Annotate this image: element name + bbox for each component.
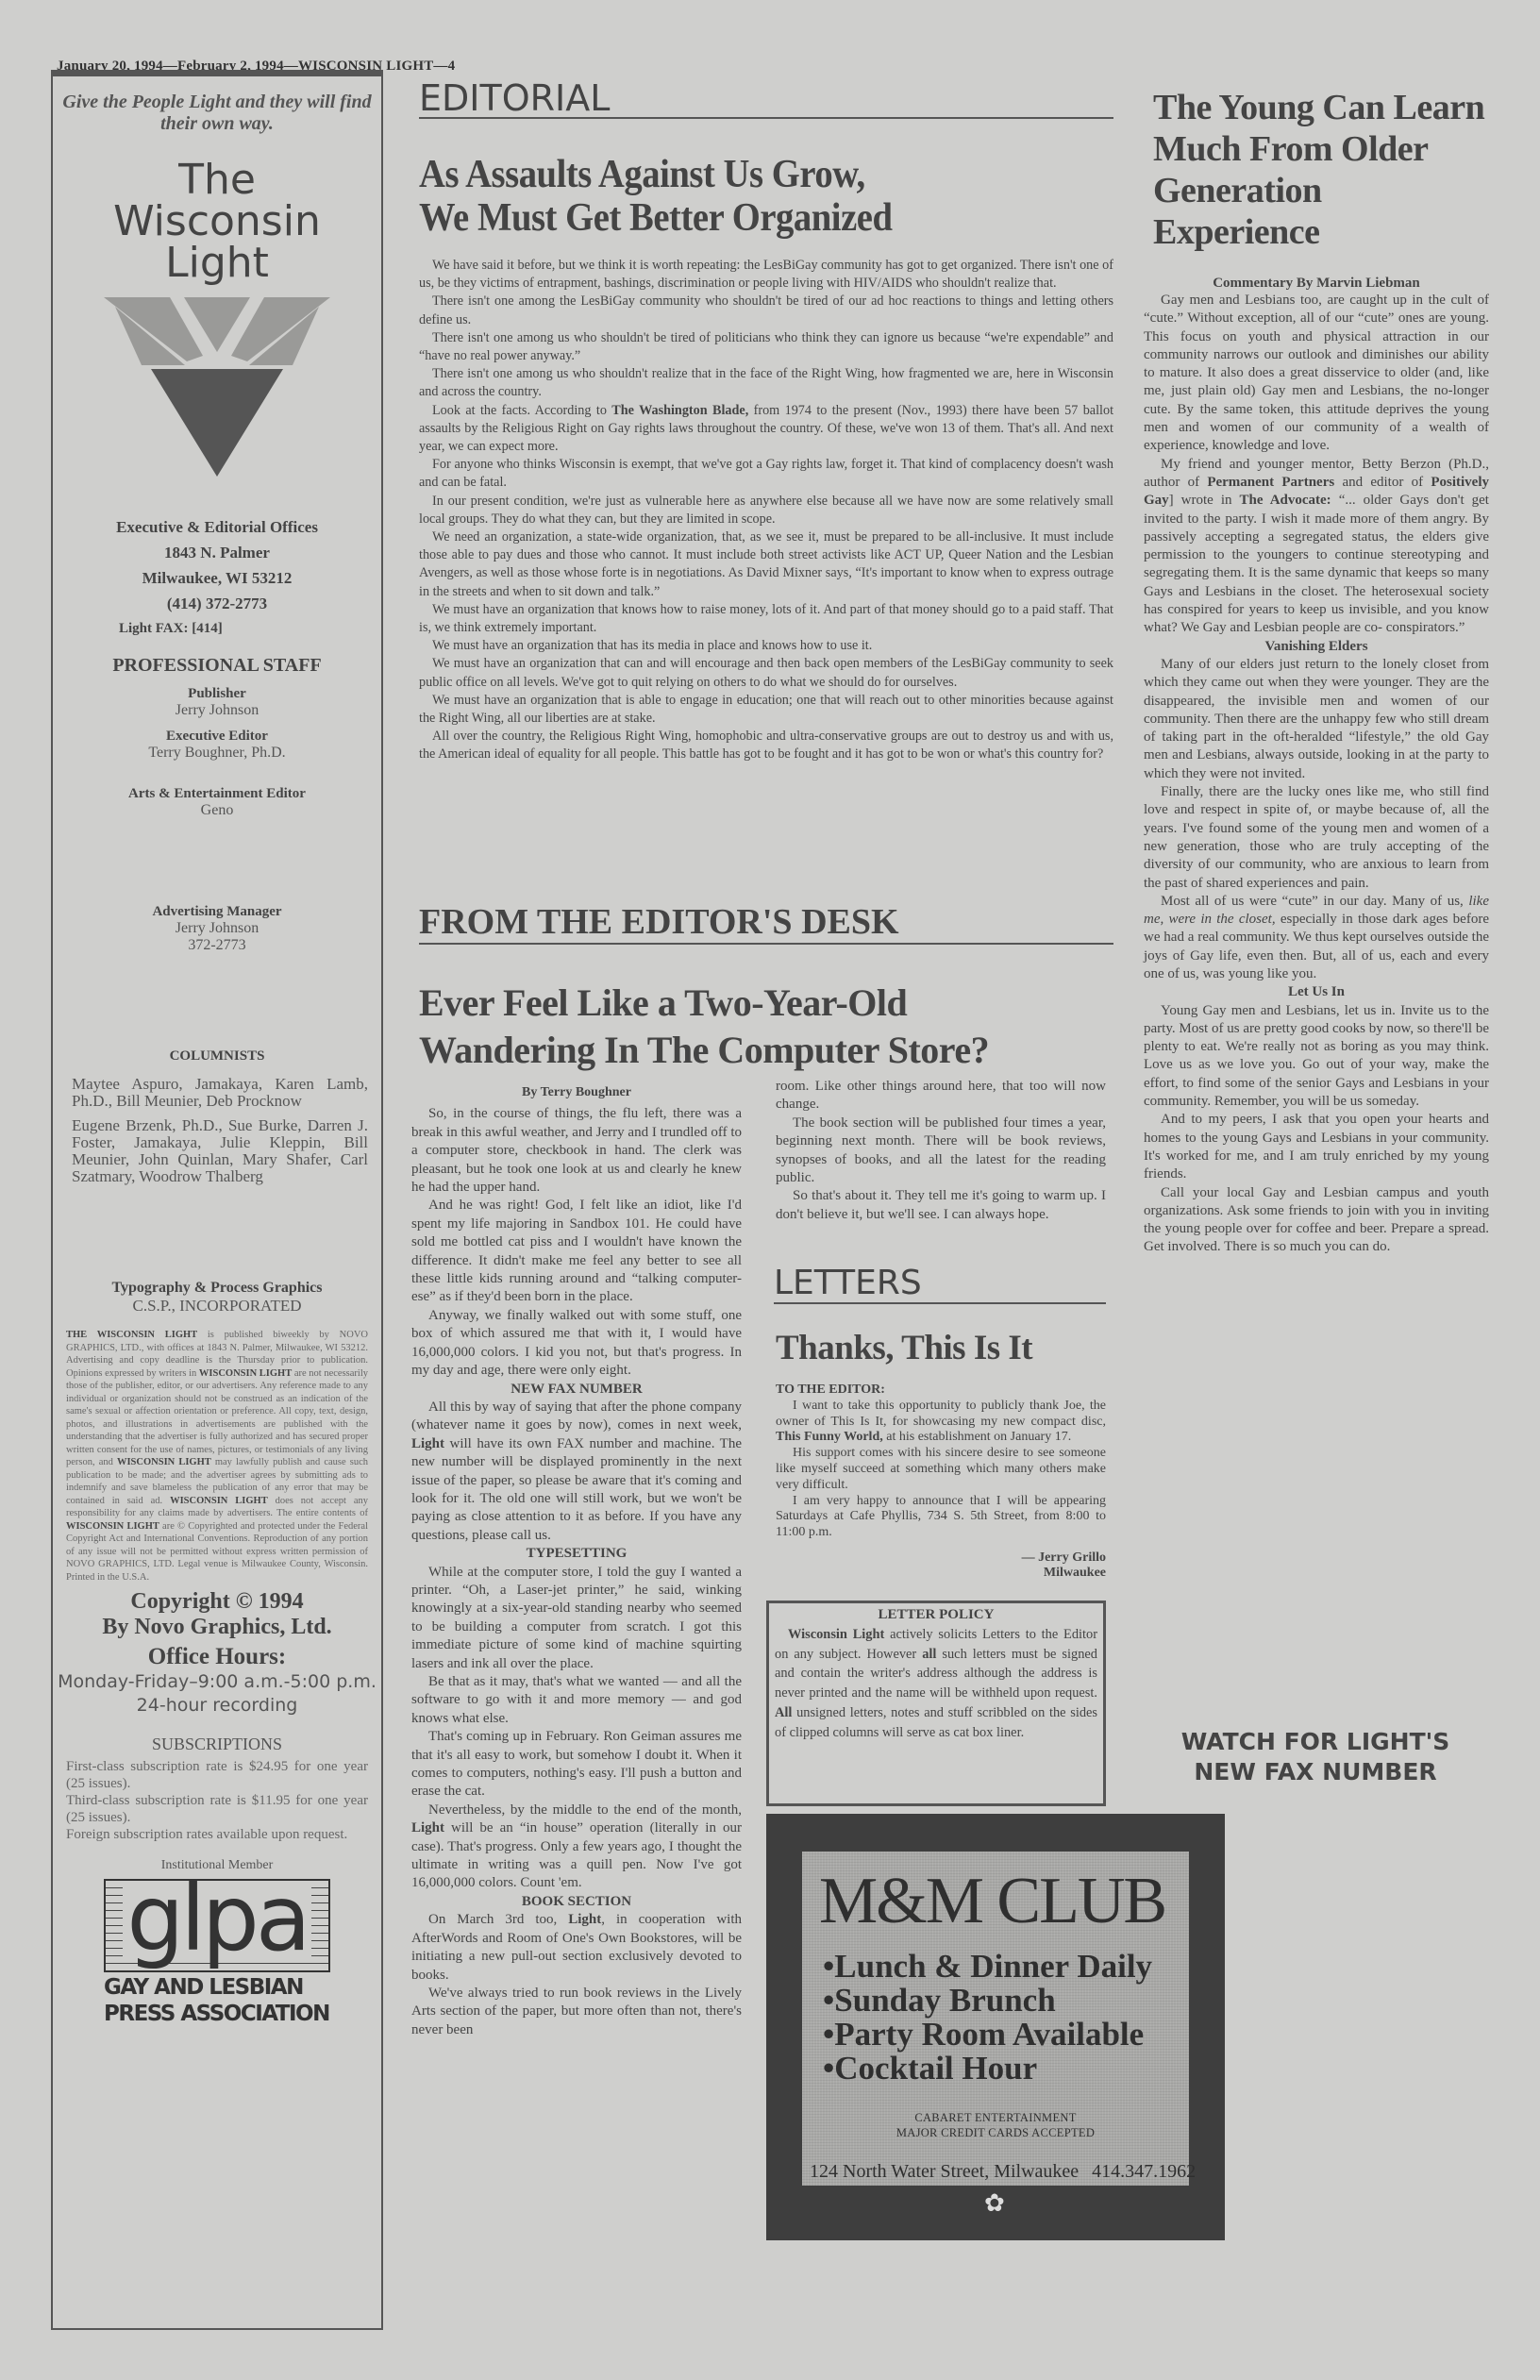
headline-line: Ever Feel Like a Two-Year-Old [419, 980, 1136, 1027]
subscription-item: First-class subscription rate is $24.95 … [66, 1758, 368, 1792]
text: will have its own FAX number and machine… [411, 1436, 742, 1543]
offices-phone: (414) 372-2773 [53, 591, 381, 616]
legal-brand: WISCONSIN LIGHT [66, 1521, 159, 1532]
paragraph: I want to take this opportunity to publi… [776, 1399, 1106, 1446]
brand-name: Light [411, 1436, 444, 1451]
salutation: TO THE EDITOR: [776, 1383, 1106, 1399]
glpa-logo: glpa GAY AND LESBIAN PRESS ASSOCIATION [104, 1879, 330, 2025]
source-name: The Washington Blade, [611, 403, 748, 418]
editors-desk-headline: Ever Feel Like a Two-Year-Old Wandering … [419, 980, 1136, 1074]
emphasis: all [922, 1647, 936, 1662]
staff-role: Advertising Manager [53, 904, 381, 920]
subhead: TYPESETTING [411, 1545, 742, 1563]
text: at his establishment on January 17. [883, 1430, 1071, 1444]
logo-line-the: The [53, 159, 381, 201]
publication-name: The Advocate: [1240, 493, 1331, 508]
brand-name: Light [411, 1820, 444, 1835]
paragraph: We have said it before, but we think it … [419, 257, 1113, 293]
brand-name: Wisconsin Light [788, 1627, 884, 1642]
paragraph: Look at the facts. According to The Wash… [419, 402, 1113, 457]
glpa-name-line: GAY AND LESBIAN [104, 1976, 330, 1999]
paragraph: And to my peers, I ask that you open you… [1144, 1111, 1489, 1183]
subhead: Let Us In [1144, 983, 1489, 1001]
text: will be an “in house” operation (literal… [411, 1820, 742, 1890]
columnists-group: Maytee Aspuro, Jamakaya, Karen Lamb, Ph.… [72, 1076, 368, 1110]
staff-name: Jerry Johnson [53, 702, 381, 719]
ad-phone: 414.347.1962 [1092, 2161, 1196, 2182]
paragraph: Finally, there are the lucky ones like m… [1144, 783, 1489, 893]
byline: Commentary By Marvin Liebman [1144, 276, 1489, 292]
legal-brand: WISCONSIN LIGHT [199, 1368, 292, 1379]
maple-leaf-icon: ✿ [984, 2191, 1005, 2216]
paragraph: We must have an organization that knows … [419, 601, 1113, 637]
fax-promo-line: WATCH FOR LIGHT'S [1146, 1727, 1485, 1757]
ad-note: CABARET ENTERTAINMENT [802, 2110, 1189, 2125]
album-title: This Funny World, [776, 1430, 883, 1444]
staff-role: Arts & Entertainment Editor [53, 786, 381, 802]
masthead-box: Give the People Light and they will find… [51, 70, 383, 2330]
letter-policy-heading: LETTER POLICY [775, 1605, 1097, 1625]
book-title: Permanent Partners [1207, 475, 1334, 490]
commentary-headline: The Young Can Learn Much From Older Gene… [1153, 87, 1493, 253]
legal-text: are not necessarily those of the publish… [66, 1368, 368, 1468]
ad-note: MAJOR CREDIT CARDS ACCEPTED [802, 2125, 1189, 2140]
subscription-item: Third-class subscription rate is $11.95 … [66, 1792, 368, 1826]
headline-line: Wandering In The Computer Store? [419, 1027, 1136, 1074]
paragraph: Be that as it may, that's what we wanted… [411, 1673, 742, 1728]
ad-feature: Party Room Available [823, 2018, 1189, 2052]
ad-address: 124 North Water Street, Milwaukee [810, 2161, 1079, 2182]
fax-promo: WATCH FOR LIGHT'S NEW FAX NUMBER [1146, 1727, 1485, 1787]
offices-city: Milwaukee, WI 53212 [53, 565, 381, 591]
prism-triangle-icon [104, 297, 330, 477]
ad-panel: M&M CLUB Lunch & Dinner Daily Sunday Bru… [802, 1852, 1189, 2186]
glpa-name-line: PRESS ASSOCIATION [104, 2003, 330, 2025]
legal-brand: THE WISCONSIN LIGHT [66, 1330, 197, 1340]
staff-heading: PROFESSIONAL STAFF [53, 655, 381, 677]
brand-name: Light [568, 1912, 601, 1927]
paragraph: And he was right! God, I felt like an id… [411, 1197, 742, 1306]
legal-brand: WISCONSIN LIGHT [117, 1457, 211, 1467]
offices-block: Executive & Editorial Offices 1843 N. Pa… [53, 514, 381, 642]
paragraph: We've always tried to run book reviews i… [411, 1985, 742, 2039]
typography-heading: Typography & Process Graphics [53, 1280, 381, 1297]
headline-line: We Must Get Better Organized [419, 196, 1062, 240]
subscriptions-list: First-class subscription rate is $24.95 … [53, 1754, 381, 1843]
headline-line: As Assaults Against Us Grow, [419, 153, 1062, 196]
paragraph: We must have an organization that can an… [419, 655, 1113, 691]
paragraph: All this by way of saying that after the… [411, 1399, 742, 1545]
offices-title: Executive & Editorial Offices [53, 514, 381, 540]
subhead: NEW FAX NUMBER [411, 1381, 742, 1399]
letter-body: TO THE EDITOR: I want to take this oppor… [776, 1383, 1106, 1581]
paragraph: We must have an organization that is abl… [419, 692, 1113, 728]
subhead: BOOK SECTION [411, 1893, 742, 1911]
signature-location: Milwaukee [776, 1566, 1106, 1581]
letter-policy-text: Wisconsin Light actively solicits Letter… [775, 1625, 1097, 1743]
editors-desk-column-left: By Terry Boughner So, in the course of t… [411, 1083, 742, 2039]
paragraph: All over the country, the Religious Righ… [419, 728, 1113, 763]
staff-role: Executive Editor [53, 729, 381, 745]
paragraph: There isn't one among us who shouldn't r… [419, 365, 1113, 401]
letter-signature: — Jerry Grillo Milwaukee [776, 1550, 1106, 1581]
columnists-list: Maytee Aspuro, Jamakaya, Karen Lamb, Ph.… [53, 1076, 381, 1185]
commentary-body: Commentary By Marvin Liebman Gay men and… [1144, 276, 1489, 1257]
ad-feature: Cocktail Hour [823, 2052, 1189, 2086]
letters-headline: Thanks, This Is It [776, 1329, 1032, 1368]
text: Nevertheless, by the middle to the end o… [428, 1802, 742, 1818]
paragraph: Call your local Gay and Lesbian campus a… [1144, 1184, 1489, 1257]
paragraph: Young Gay men and Lesbians, let us in. I… [1144, 1002, 1489, 1112]
paragraph: On March 3rd too, Light, in cooperation … [411, 1911, 742, 1985]
logo-wordmark: The Wisconsin Light [53, 159, 381, 284]
editorial-body: We have said it before, but we think it … [419, 257, 1113, 764]
ad-contact: 124 North Water Street, Milwaukee414.347… [810, 2161, 1189, 2183]
paragraph: His support comes with his sincere desir… [776, 1446, 1106, 1493]
staff-name: Terry Boughner, Ph.D. [53, 745, 381, 762]
paragraph: Many of our elders just return to the lo… [1144, 656, 1489, 783]
motto: Give the People Light and they will find… [53, 92, 381, 135]
office-hours: Monday-Friday–9:00 a.m.-5:00 p.m. [53, 1670, 381, 1694]
subscription-item: Foreign subscription rates available upo… [66, 1826, 368, 1843]
ad-feature: Lunch & Dinner Daily [823, 1950, 1189, 1984]
paragraph: While at the computer store, I told the … [411, 1564, 742, 1673]
offices-street: 1843 N. Palmer [53, 540, 381, 565]
ad-feature: Sunday Brunch [823, 1984, 1189, 2018]
paragraph: There isn't one among us who shouldn't b… [419, 329, 1113, 365]
staff-role: Publisher [53, 686, 381, 702]
section-label-letters: LETTERS [774, 1265, 1106, 1304]
glpa-lined-box: glpa [104, 1879, 330, 1972]
subhead: Vanishing Elders [1144, 638, 1489, 656]
fax-promo-line: NEW FAX NUMBER [1146, 1757, 1485, 1787]
logo-line-light: Light [53, 243, 381, 284]
copyright-notice: Copyright © 1994 By Novo Graphics, Ltd. [53, 1589, 381, 1640]
copyright-line: Copyright © 1994 [53, 1589, 381, 1615]
ad-feature-list: Lunch & Dinner Daily Sunday Brunch Party… [823, 1950, 1189, 2086]
editorial-headline: As Assaults Against Us Grow, We Must Get… [419, 153, 1062, 240]
paragraph: That's coming up in February. Ron Geiman… [411, 1728, 742, 1802]
copyright-line: By Novo Graphics, Ltd. [53, 1615, 381, 1640]
office-hours-heading: Office Hours: [53, 1644, 381, 1670]
paragraph: Anyway, we finally walked out with some … [411, 1307, 742, 1381]
paragraph: There isn't one among the LesBiGay commu… [419, 293, 1113, 328]
staff-name: Geno [53, 802, 381, 819]
paragraph: Nevertheless, by the middle to the end o… [411, 1802, 742, 1893]
office-hours-note: 24-hour recording [53, 1694, 381, 1718]
ad-title: M&M CLUB [819, 1869, 1189, 1935]
columnists-group: Eugene Brzenk, Ph.D., Sue Burke, Darren … [72, 1117, 368, 1185]
text: “... older Gays don't get invited to the… [1144, 493, 1489, 635]
text: All this by way of saying that after the… [411, 1400, 742, 1433]
paragraph: Gay men and Lesbians too, are caught up … [1144, 292, 1489, 456]
typography-value: C.S.P., INCORPORATED [53, 1297, 381, 1316]
section-label-editorial: EDITORIAL [419, 79, 1113, 119]
paragraph: So, in the course of things, the flu lef… [411, 1105, 742, 1197]
text: Look at the facts. According to [432, 403, 611, 418]
legal-notice: THE WISCONSIN LIGHT is published biweekl… [53, 1329, 381, 1584]
ad-notes: CABARET ENTERTAINMENT MAJOR CREDIT CARDS… [802, 2110, 1189, 2140]
paragraph: For anyone who thinks Wisconsin is exemp… [419, 456, 1113, 492]
columnists-heading: COLUMNISTS [53, 1048, 381, 1064]
text: unsigned letters, notes and stuff scribb… [775, 1705, 1097, 1740]
logo-line-wisconsin: Wisconsin [53, 201, 381, 243]
paragraph: My friend and younger mentor, Betty Berz… [1144, 456, 1489, 638]
subscriptions-heading: SUBSCRIPTIONS [53, 1735, 381, 1754]
paragraph: We need an organization, a state-wide or… [419, 528, 1113, 601]
staff-name: Jerry Johnson [53, 920, 381, 937]
staff-phone: 372-2773 [53, 937, 381, 954]
emphasis: All [775, 1705, 792, 1720]
paragraph: The book section will be published four … [776, 1115, 1106, 1188]
byline: By Terry Boughner [411, 1083, 742, 1101]
mm-club-advertisement: M&M CLUB Lunch & Dinner Daily Sunday Bru… [766, 1814, 1225, 2240]
signature-name: — Jerry Grillo [776, 1550, 1106, 1566]
text: I want to take this opportunity to publi… [776, 1399, 1106, 1429]
letter-policy-box: LETTER POLICY Wisconsin Light actively s… [766, 1601, 1106, 1806]
paragraph: room. Like other things around here, tha… [776, 1078, 1106, 1115]
offices-fax: Light FAX: [414] [53, 616, 381, 642]
paragraph: In our present condition, we're just as … [419, 493, 1113, 528]
text: Most all of us were “cute” in our day. M… [1161, 894, 1468, 909]
legal-brand: WISCONSIN LIGHT [170, 1496, 268, 1506]
section-label-editors-desk: FROM THE EDITOR'S DESK [419, 901, 1113, 945]
paragraph: I am very happy to announce that I will … [776, 1494, 1106, 1541]
text: and editor of [1334, 475, 1431, 490]
editors-desk-column-right: room. Like other things around here, tha… [776, 1078, 1106, 1224]
paragraph: We must have an organization that has it… [419, 637, 1113, 655]
paragraph: Most all of us were “cute” in our day. M… [1144, 893, 1489, 983]
glpa-letters: glpa [123, 1881, 310, 1956]
text: On March 3rd too, [428, 1912, 568, 1927]
text: ] wrote in [1169, 493, 1240, 508]
paragraph: So that's about it. They tell me it's go… [776, 1187, 1106, 1224]
